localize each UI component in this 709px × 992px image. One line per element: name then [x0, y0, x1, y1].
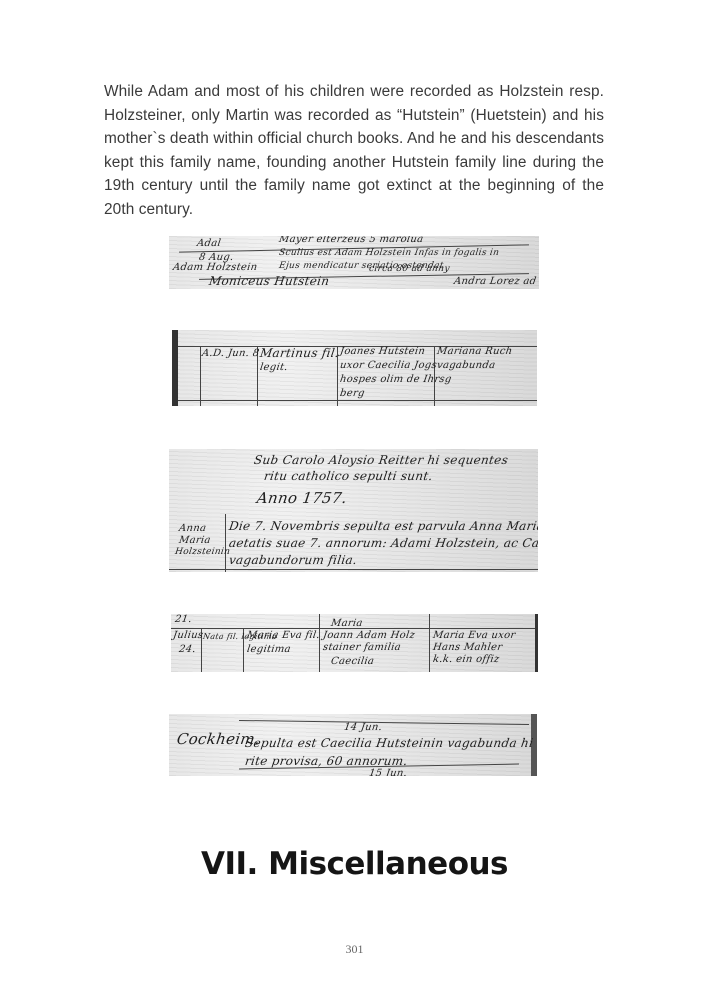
- handwriting: Mariana Ruch: [436, 346, 513, 357]
- handwriting: Caecilia: [330, 656, 375, 667]
- page-edge: [535, 614, 538, 672]
- handwriting: vagabundorum filia.: [228, 553, 358, 567]
- handwriting: Joanes Hutstein: [339, 346, 426, 357]
- handwriting: A.D. Jun. 8: [201, 348, 260, 359]
- church-record-image-4: 21. Julius 24. Maria Nata fil. legitima …: [171, 614, 538, 672]
- church-record-image-5: 14 Jun. Cockheim. Sepulta est Caecilia H…: [169, 714, 537, 776]
- handwriting: Hans Mahler: [432, 642, 503, 653]
- handwriting: Joann Adam Holz: [322, 630, 416, 641]
- body-paragraph: While Adam and most of his children were…: [104, 80, 604, 222]
- handwriting: vagabunda: [436, 360, 496, 371]
- church-record-image-2: A.D. Jun. 8 Martinus fil. legit. Joanes …: [172, 330, 537, 406]
- handwriting: ritu catholico sepulti sunt.: [263, 469, 434, 483]
- handwriting: circa 80 ad anny: [368, 264, 450, 274]
- handwriting: aetatis suae 7. annorum: Adami Holzstein…: [228, 536, 538, 550]
- handwriting: Moniceus Hutstein: [208, 274, 330, 288]
- handwriting: Sculius est Adam Holzstein Infas in foga…: [278, 248, 500, 258]
- handwriting: Andra Lorez ad: [453, 276, 537, 287]
- church-record-image-3: Sub Carolo Aloysio Reitter hi sequentes …: [169, 449, 538, 572]
- handwriting: hospes olim de Ihrsg: [339, 374, 452, 385]
- handwriting: Maria Eva uxor: [432, 630, 516, 641]
- handwriting: stainer familia: [322, 642, 401, 653]
- handwriting: 15 Jun.: [368, 768, 408, 776]
- church-record-image-1: Adal Mayer elterzeus 5 marolua Sculius e…: [169, 236, 539, 289]
- handwriting: Martinus fil.: [259, 346, 340, 360]
- handwriting: berg: [339, 388, 365, 399]
- handwriting: Sepulta est Caecilia Hutsteinin vagabund…: [244, 736, 534, 750]
- handwriting: Anna: [178, 523, 207, 534]
- handwriting: legitima: [246, 644, 291, 655]
- handwriting: Maria: [330, 618, 363, 629]
- handwriting: Sub Carolo Aloysio Reitter hi sequentes: [253, 453, 509, 467]
- handwriting: Die 7. Novembris sepulta est parvula Ann…: [228, 519, 538, 533]
- handwriting: 24.: [178, 644, 196, 655]
- section-heading: VII. Miscellaneous: [0, 846, 709, 882]
- handwriting: Adal: [196, 238, 222, 249]
- handwriting: 21.: [174, 614, 192, 625]
- handwriting: Adam Holzstein: [172, 262, 258, 273]
- handwriting: 14 Jun.: [343, 722, 383, 733]
- handwriting: uxor Caecilia Jogs: [339, 360, 437, 371]
- page-edge: [172, 330, 178, 406]
- handwriting: Maria Eva fil.: [246, 630, 320, 641]
- handwriting: legit.: [259, 362, 288, 373]
- handwriting: k.k. ein offiz: [432, 654, 500, 665]
- handwriting: Anno 1757.: [256, 489, 348, 507]
- page-number: 301: [0, 942, 709, 957]
- handwriting: Julius: [172, 630, 204, 641]
- handwriting: Maria: [178, 535, 211, 546]
- handwriting: Holzsteinin: [174, 547, 231, 557]
- handwriting: Mayer elterzeus 5 marolua: [278, 236, 424, 245]
- handwriting: rite provisa, 60 annorum.: [244, 754, 409, 768]
